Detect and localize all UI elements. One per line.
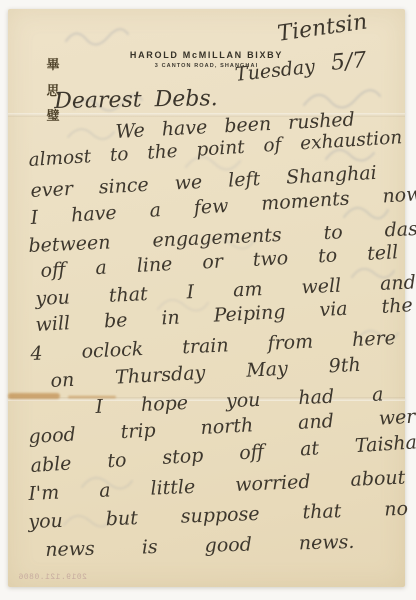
- letter-sheet: 畢 思 璧 HAROLD McMILLAN BIXBY 3 CANTON ROA…: [8, 9, 405, 587]
- handwritten-date: 5/7: [330, 48, 367, 76]
- handwritten-day: Tuesday: [234, 56, 316, 86]
- tape-stain: [8, 393, 60, 399]
- handwriting-line: you but suppose that no: [28, 498, 408, 533]
- accession-number-bleedthrough: 2019.121.0806: [18, 573, 87, 582]
- handwritten-place: Tientsin: [276, 9, 369, 46]
- salutation: Dearest Debs.: [54, 86, 218, 114]
- handwriting-line: news is good news.: [45, 531, 355, 561]
